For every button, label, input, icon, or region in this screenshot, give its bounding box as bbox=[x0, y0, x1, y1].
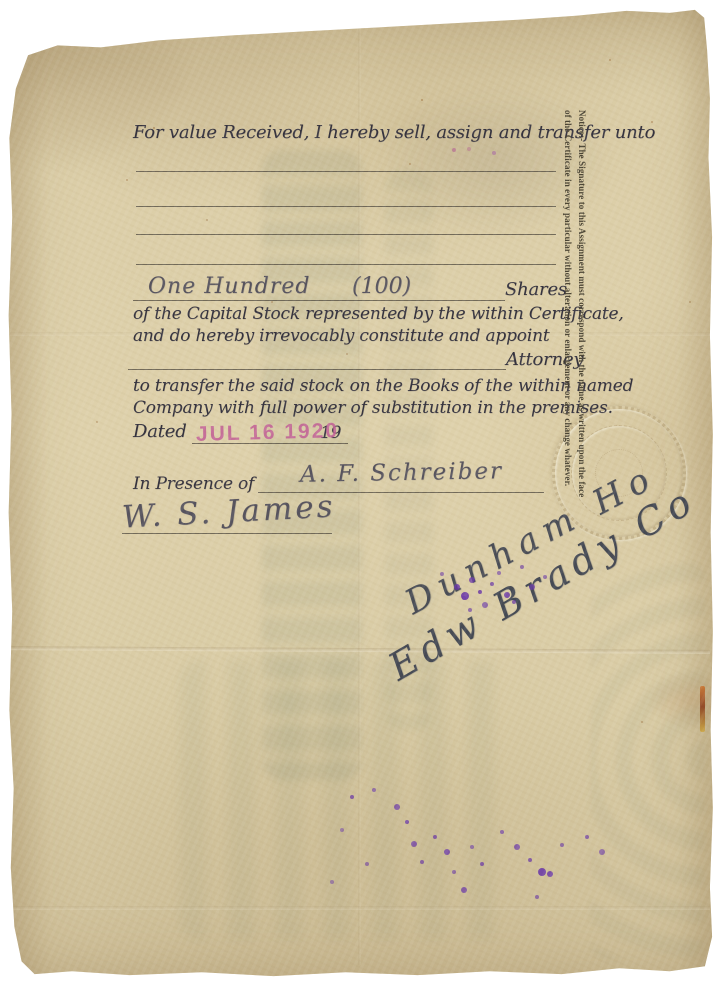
foxing-specks bbox=[88, 98, 92, 102]
ink-splatter-cluster bbox=[330, 785, 334, 789]
screenshot-canvas: For value Received, I hereby sell, assig… bbox=[0, 0, 720, 986]
bleed-through-scallop-border bbox=[590, 560, 705, 960]
handwritten-shares-numeric: (100) bbox=[352, 274, 411, 299]
dated-label: Dated bbox=[133, 421, 187, 442]
blank-fill-line bbox=[136, 234, 556, 235]
witness-label: In Presence of bbox=[133, 474, 254, 494]
edge-residue-mark bbox=[700, 686, 705, 732]
date-stamp: JUL 16 1920 bbox=[196, 419, 340, 447]
ink-splatter-cluster bbox=[437, 145, 441, 149]
handwritten-shares-words: One Hundred bbox=[148, 274, 310, 299]
blank-fill-line bbox=[136, 171, 556, 172]
attorney-fill-line bbox=[128, 369, 506, 370]
blank-fill-line bbox=[136, 206, 556, 207]
ink-splatter-cluster bbox=[440, 560, 444, 564]
transfer-line: to transfer the said stock on the Books … bbox=[133, 376, 633, 396]
bleed-through-strip bbox=[180, 660, 510, 940]
certificate-paper: For value Received, I hereby sell, assig… bbox=[0, 0, 720, 986]
substitution-line: Company with full power of substitution … bbox=[133, 398, 613, 418]
signature-a-f-schreiber: A. F. Schreiber bbox=[300, 458, 503, 488]
shares-label: Shares bbox=[505, 279, 567, 300]
blank-fill-line bbox=[136, 264, 556, 265]
capital-stock-line: of the Capital Stock represented by the … bbox=[133, 304, 624, 324]
appoint-line: and do hereby irrevocably constitute and… bbox=[133, 326, 549, 346]
shares-fill-line bbox=[133, 300, 505, 301]
margin-notice-line-2: of the Certificate in every particular w… bbox=[561, 110, 575, 554]
